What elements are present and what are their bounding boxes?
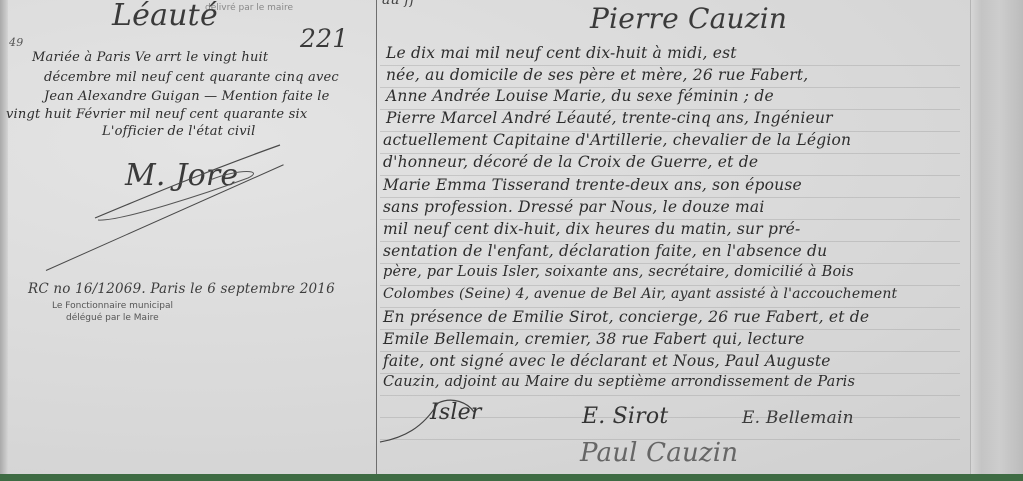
mention-line: décembre mil neuf cent quarante cinq ave… [44, 70, 339, 85]
index-mark: 49 [9, 36, 23, 49]
record-line: faite, ont signé avec le déclarant et No… [383, 352, 831, 370]
column-divider [376, 0, 377, 474]
top-fragment: au ff [382, 0, 415, 8]
record-line: née, au domicile de ses père et mère, 26… [386, 66, 808, 84]
mention-line: Mariée à Paris Ve arrt le vingt huit [32, 50, 268, 65]
signature-witness-2: E. Bellemain [742, 408, 854, 428]
document-page: délivré par le maire 49 Léauté 221 Marié… [0, 0, 1023, 474]
rc-note: RC no 16/12069. Paris le 6 septembre 201… [28, 281, 335, 297]
header-signature: Pierre Cauzin [590, 2, 787, 35]
record-line: Le dix mai mil neuf cent dix-huit à midi… [386, 44, 737, 62]
signature-flourish-icon [90, 140, 290, 230]
record-line: Anne Andrée Louise Marie, du sexe fémini… [386, 87, 774, 105]
record-line: Cauzin, adjoint au Maire du septième arr… [383, 374, 855, 390]
bottom-band [0, 474, 1023, 481]
page-binding-edge [970, 0, 1023, 474]
margin-surname: Léauté [112, 0, 218, 33]
record-line: Marie Emma Tisserand trente-deux ans, so… [383, 176, 802, 194]
stamp-line: Le Fonctionnaire municipal [52, 301, 173, 311]
signature-witness-1: E. Sirot [582, 404, 668, 429]
record-line: sentation de l'enfant, déclaration faite… [383, 242, 827, 260]
record-line: Pierre Marcel André Léauté, trente-cinq … [386, 109, 833, 127]
top-stamp: délivré par le maire [205, 3, 293, 13]
record-line: d'honneur, décoré de la Croix de Guerre,… [383, 153, 758, 171]
mention-line: Jean Alexandre Guigan — Mention faite le [44, 89, 330, 104]
declarant-flourish-icon [378, 398, 498, 448]
mention-line: vingt huit Février mil neuf cent quarant… [6, 107, 307, 122]
page-left-edge [0, 0, 8, 474]
record-line: En présence de Emilie Sirot, concierge, … [383, 308, 869, 326]
record-line: mil neuf cent dix-huit, dix heures du ma… [383, 220, 800, 238]
act-number: 221 [300, 24, 348, 53]
record-line: Colombes (Seine) 4, avenue de Bel Air, a… [383, 286, 897, 302]
mention-line: L'officier de l'état civil [102, 124, 256, 139]
record-line: actuellement Capitaine d'Artillerie, che… [383, 131, 851, 149]
record-line: sans profession. Dressé par Nous, le dou… [383, 198, 765, 216]
record-line: Emile Bellemain, cremier, 38 rue Fabert … [383, 330, 805, 348]
signature-officer: Paul Cauzin [580, 438, 738, 468]
record-line: père, par Louis Isler, soixante ans, sec… [383, 264, 854, 280]
stamp-line: délégué par le Maire [66, 313, 159, 323]
